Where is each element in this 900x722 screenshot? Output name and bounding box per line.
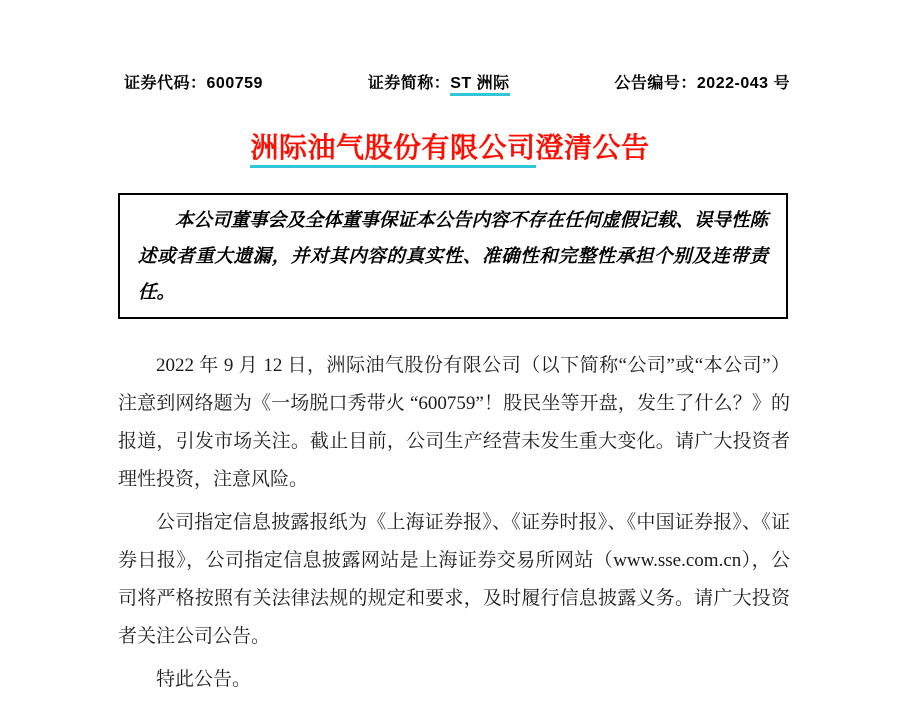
- announcement-number-value: 2022-043 号: [697, 75, 790, 92]
- stock-name-label: 证券简称：: [368, 75, 451, 92]
- board-disclaimer-text: 本公司董事会及全体董事保证本公告内容不存在任何虚假记载、误导性陈述或者重大遗漏，…: [138, 203, 768, 311]
- body-paragraph: 公司指定信息披露报纸为《上海证券报》、《证券时报》、《中国证券报》、《证券日报》…: [118, 504, 790, 656]
- document-header: 证券代码：600759 证券简称：ST 洲际 公告编号：2022-043 号: [0, 0, 900, 93]
- page-title-suffix: 澄清公告: [536, 132, 650, 163]
- page-title-company: 洲际油气股份有限公司: [250, 132, 535, 168]
- stock-name: 证券简称：ST 洲际: [368, 70, 510, 93]
- stock-code: 证券代码：600759: [124, 70, 263, 93]
- announcement-number-label: 公告编号：: [614, 75, 697, 92]
- page-title: 洲际油气股份有限公司澄清公告: [0, 126, 900, 166]
- body-paragraph: 特此公告。: [118, 661, 790, 699]
- announcement-document-page: 证券代码：600759 证券简称：ST 洲际 公告编号：2022-043 号 洲…: [0, 0, 900, 722]
- body-paragraph: 2022 年 9 月 12 日，洲际油气股份有限公司（以下简称“公司”或“本公司…: [118, 347, 790, 499]
- announcement-number: 公告编号：2022-043 号: [614, 70, 790, 93]
- stock-name-value: ST 洲际: [450, 75, 509, 96]
- board-disclaimer-box: 本公司董事会及全体董事保证本公告内容不存在任何虚假记载、误导性陈述或者重大遗漏，…: [118, 193, 788, 319]
- announcement-body: 2022 年 9 月 12 日，洲际油气股份有限公司（以下简称“公司”或“本公司…: [118, 347, 790, 699]
- stock-code-label: 证券代码：: [124, 75, 207, 92]
- stock-code-value: 600759: [207, 75, 263, 92]
